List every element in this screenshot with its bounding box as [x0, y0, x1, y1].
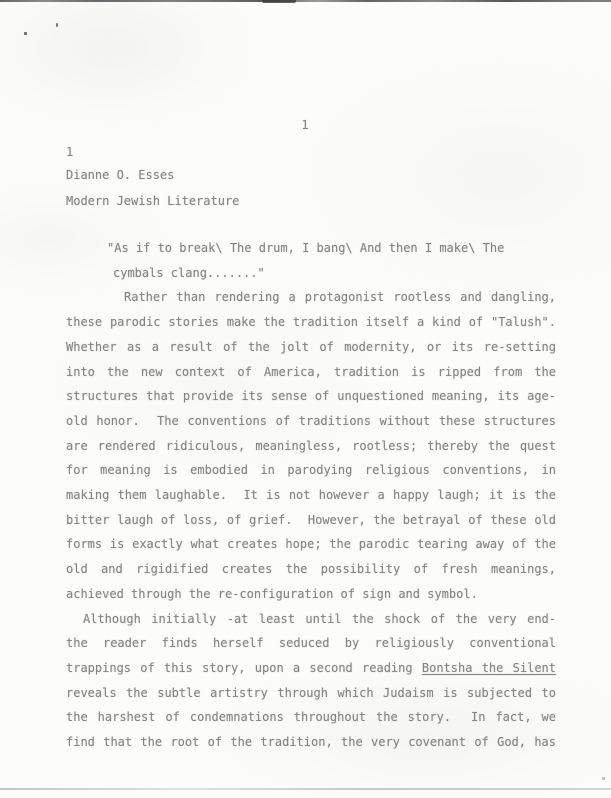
typed-line: cymbals clang......."	[113, 265, 265, 281]
typed-line: old honor. The conventions of traditions…	[66, 413, 556, 429]
page-number: 1	[66, 117, 544, 133]
typed-line: into the new context of America, traditi…	[66, 364, 556, 380]
heading-number: 1	[66, 144, 73, 160]
scanned-document-page: 1 1 Dianne O. Esses Modern Jewish Litera…	[0, 0, 611, 798]
typed-line: reveals the subtle artistry through whic…	[66, 685, 556, 701]
typed-line: old and rigidified creates the possibili…	[66, 561, 556, 577]
typed-line: structures that provide its sense of unq…	[66, 388, 556, 404]
underlined-title: Bontsha the Silent	[422, 661, 556, 675]
typed-line: these parodic stories make the tradition…	[66, 314, 556, 330]
ink-speck	[24, 32, 27, 35]
scan-edge-bottom	[0, 788, 611, 790]
typed-line: for meaning is embodied in parodying rel…	[66, 462, 556, 478]
ink-speck	[602, 777, 605, 780]
author-name: Dianne O. Esses	[66, 167, 174, 183]
scan-edge-top-blob	[262, 0, 296, 3]
typed-line: the harshest of condemnations throughout…	[66, 709, 556, 725]
scan-edge-top	[0, 0, 611, 2]
typed-line: are rendered ridiculous, meaningless, ro…	[66, 438, 556, 454]
ink-speck	[56, 23, 58, 27]
typed-line: the reader finds herself seduced by reli…	[66, 635, 556, 651]
typed-line: Whether as a result of the jolt of moder…	[66, 339, 556, 355]
typed-line: bitter laugh of loss, of grief. However,…	[66, 512, 556, 528]
typed-line: "As if to break\ The drum, I bang\ And t…	[107, 240, 504, 256]
course-title: Modern Jewish Literature	[66, 193, 239, 209]
typed-line: making them laughable. It is not however…	[66, 487, 556, 503]
typed-line: Rather than rendering a protagonist root…	[124, 289, 556, 305]
typed-line: find that the root of the tradition, the…	[66, 734, 556, 750]
typed-line: forms is exactly what creates hope; the …	[66, 536, 556, 552]
typed-line: Although initially -at least until the s…	[83, 611, 556, 627]
typed-line: achieved through the re-configuration of…	[66, 586, 478, 602]
typed-line: trappings of this story, upon a second r…	[66, 660, 556, 676]
